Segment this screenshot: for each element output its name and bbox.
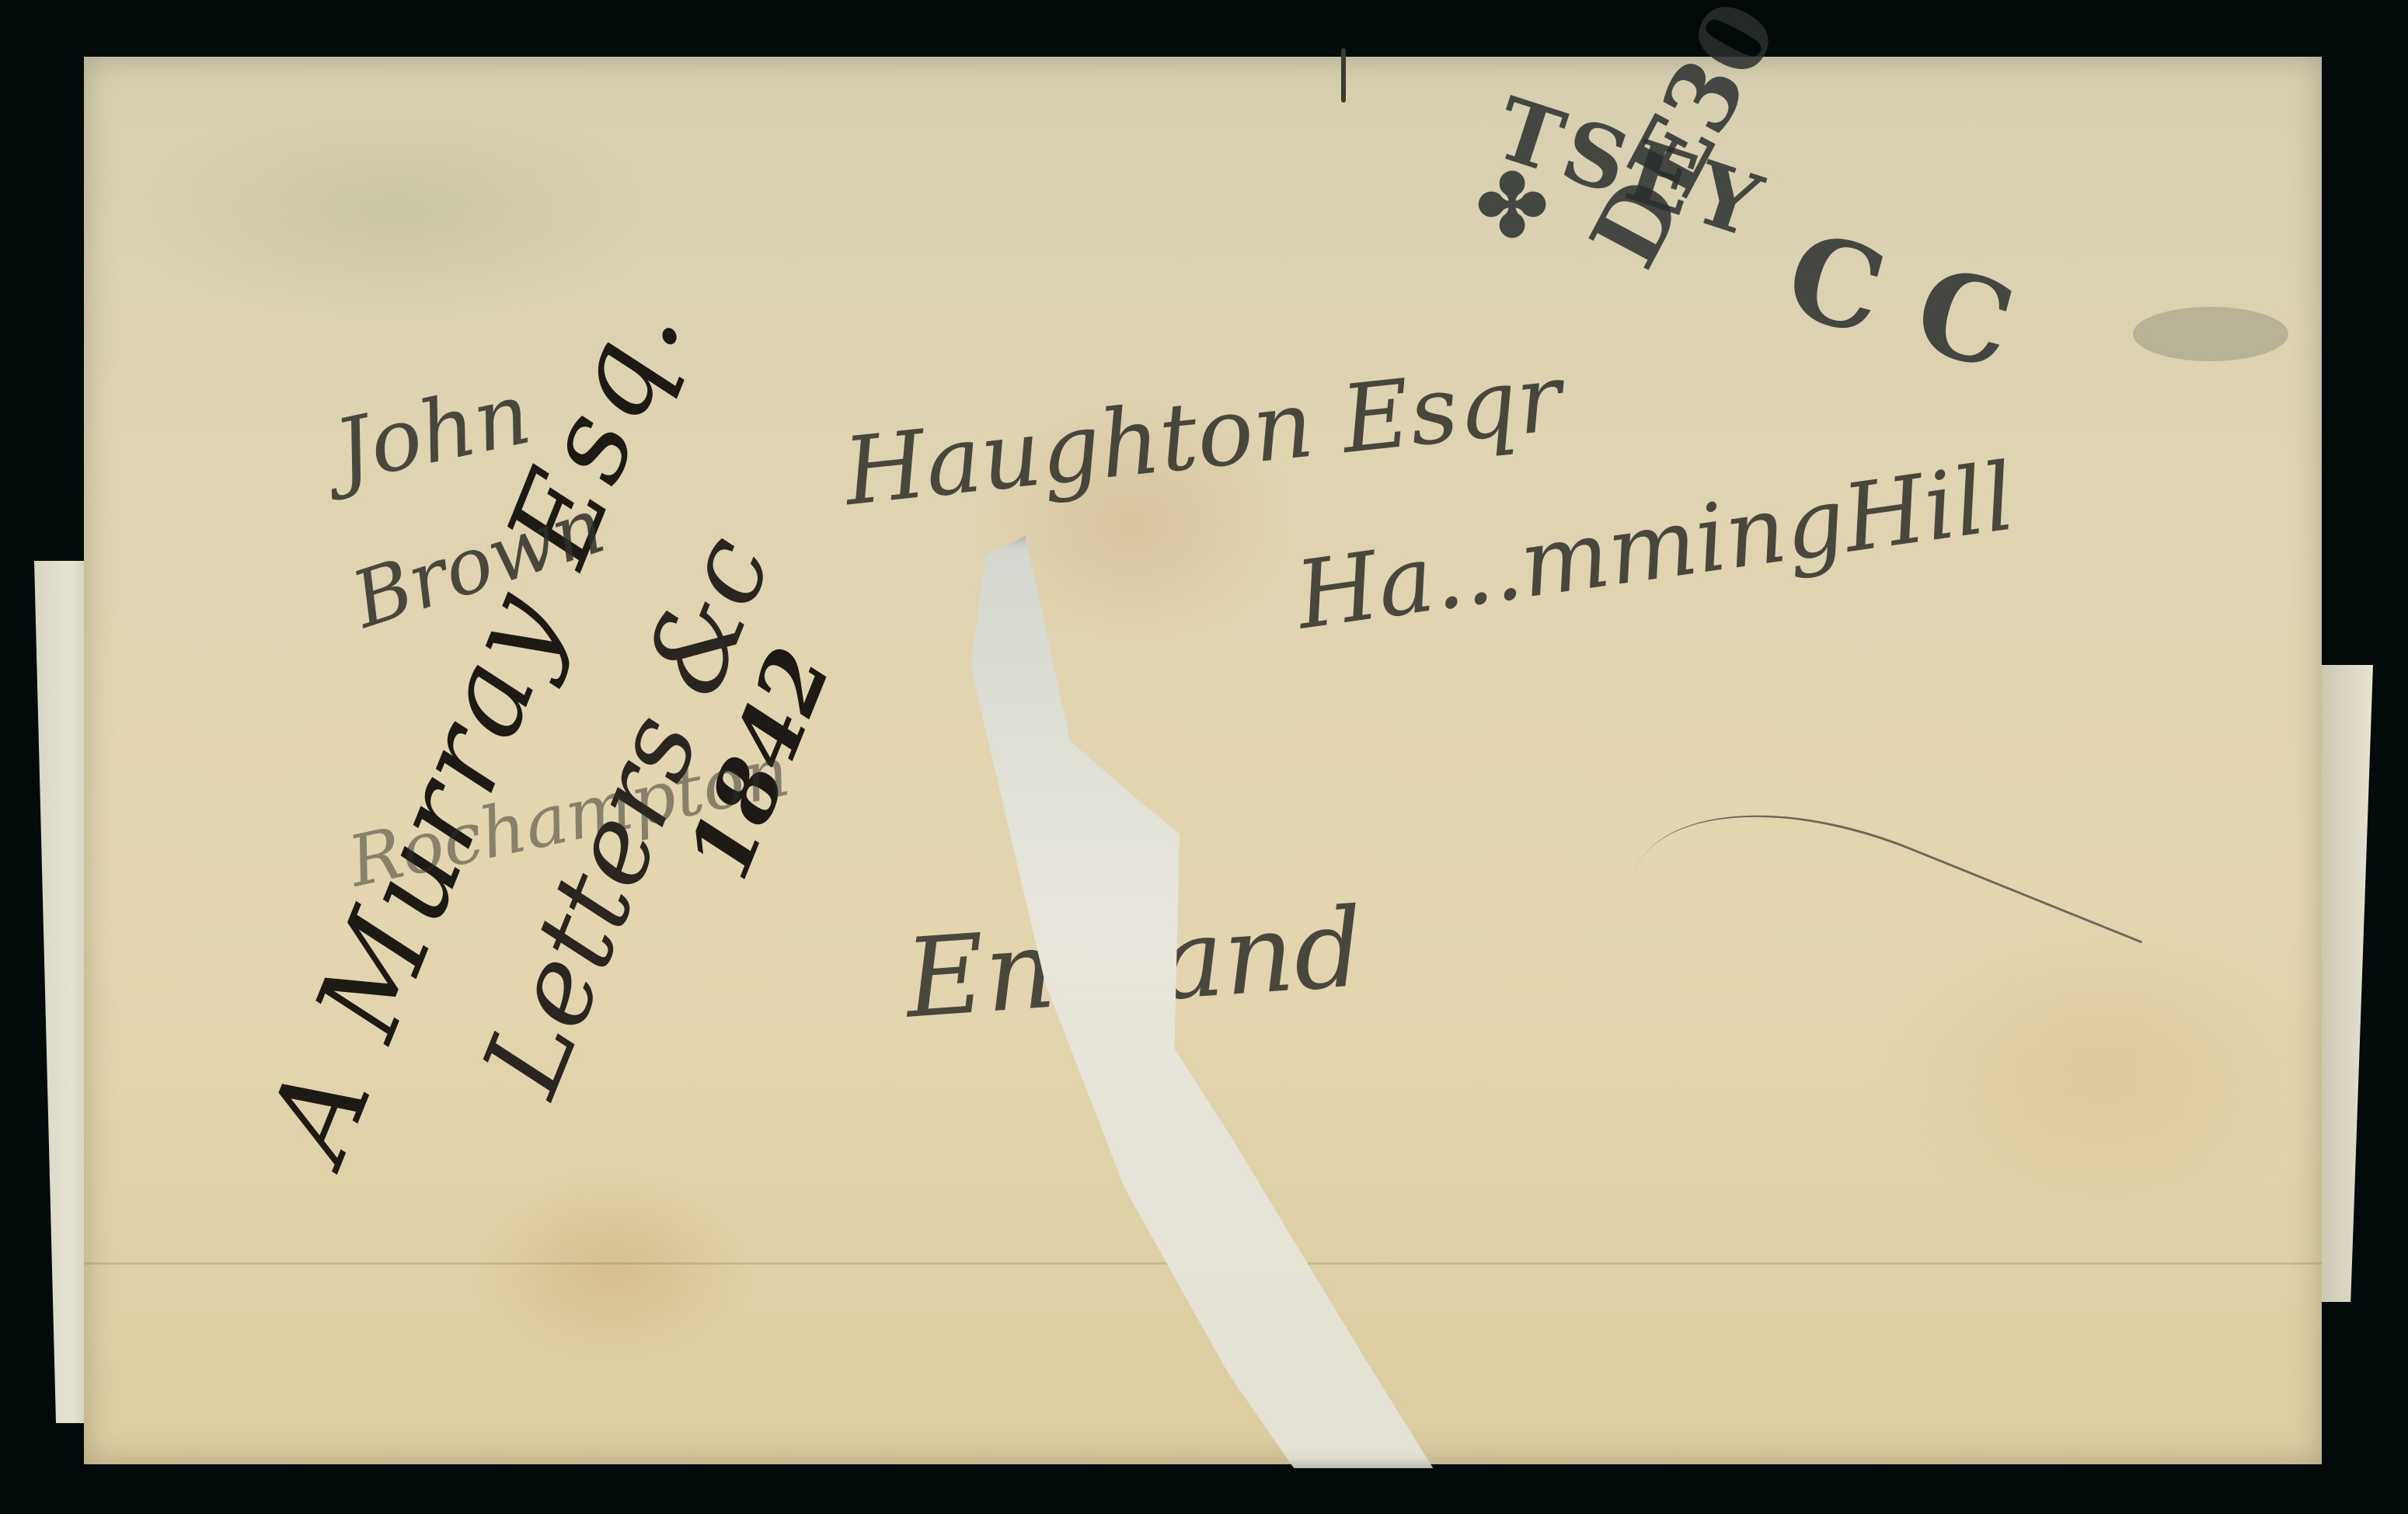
water-stain xyxy=(2133,307,2288,361)
top-crease-tear xyxy=(1341,48,1346,103)
inner-sheet-right-flap xyxy=(2317,665,2373,1302)
